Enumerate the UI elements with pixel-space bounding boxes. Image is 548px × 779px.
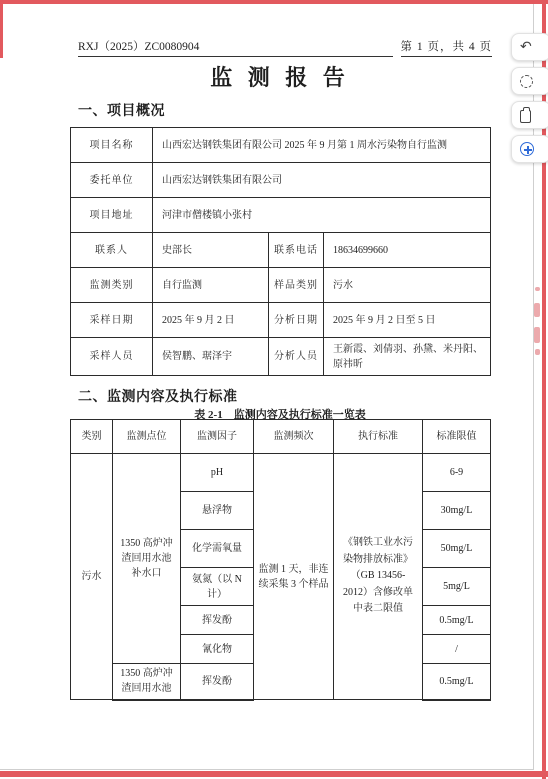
info-label: 联系人 (71, 233, 153, 268)
factor-cell: 氨氮（以 N 计） (181, 568, 254, 606)
info-value: 山西宏达钢铁集团有限公司 (153, 163, 491, 198)
report-title: 监 测 报 告 (70, 61, 490, 92)
table-row: 采样人员 侯智鹏、琚泽宇 分析人员 王新霞、刘倩羽、孙黛、米丹阳、原祎昕 (71, 338, 491, 376)
annotation-mark (535, 287, 540, 291)
limit-cell: 5mg/L (423, 568, 491, 606)
table-row: 委托单位 山西宏达钢铁集团有限公司 (71, 163, 491, 198)
factor-cell: pH (181, 454, 254, 492)
info-value: 2025 年 9 月 2 日至 5 日 (324, 303, 491, 338)
limit-cell: / (423, 635, 491, 664)
table-row: 项目地址 河津市僧楼镇小张村 (71, 198, 491, 233)
limit-cell: 50mg/L (423, 530, 491, 568)
annotation-mark (534, 303, 540, 317)
col-header: 类别 (71, 420, 113, 454)
add-button[interactable] (511, 135, 548, 163)
info-label: 采样人员 (71, 338, 153, 376)
limit-cell: 0.5mg/L (423, 664, 491, 700)
limit-cell: 6-9 (423, 454, 491, 492)
monitoring-standards-table: 类别 监测点位 监测因子 监测频次 执行标准 标准限值 污水 1350 高炉冲渣… (70, 419, 491, 701)
info-value: 河津市僧楼镇小张村 (153, 198, 491, 233)
section-heading-project-overview: 一、项目概况 (78, 100, 165, 120)
dashed-circle-icon (520, 75, 533, 88)
table-row: 污水 1350 高炉冲渣回用水池补水口 pH 监测 1 天，非连续采集 3 个样… (71, 454, 491, 492)
info-label: 项目名称 (71, 128, 153, 163)
copy-button[interactable] (511, 101, 548, 129)
info-value: 2025 年 9 月 2 日 (153, 303, 269, 338)
project-info-table: 项目名称 山西宏达钢铁集团有限公司 2025 年 9 月第 1 周水污染物自行监… (70, 127, 491, 376)
limit-cell: 0.5mg/L (423, 606, 491, 635)
info-label: 项目地址 (71, 198, 153, 233)
capture-frame-bottom (0, 771, 548, 777)
info-value: 山西宏达钢铁集团有限公司 2025 年 9 月第 1 周水污染物自行监测 (153, 128, 491, 163)
standard-cell: 《钢铁工业水污染物排放标准》（GB 13456-2012）含修改单中表二限值 (334, 454, 423, 700)
info-label: 监测类别 (71, 268, 153, 303)
table-row: 采样日期 2025 年 9 月 2 日 分析日期 2025 年 9 月 2 日至… (71, 303, 491, 338)
document-header: RXJ（2025）ZC0080904 第 1 页，共 4 页 (78, 38, 492, 57)
factor-cell: 挥发酚 (181, 606, 254, 635)
category-cell: 污水 (71, 454, 113, 700)
info-label: 委托单位 (71, 163, 153, 198)
monitoring-point-cell: 1350 高炉冲渣回用水池补水口 (113, 454, 181, 664)
annotation-mark (534, 327, 540, 343)
table-row: 联系人 史部长 联系电话 18634699660 (71, 233, 491, 268)
info-label: 样品类别 (269, 268, 324, 303)
capture-frame-left (0, 0, 3, 58)
section-heading-monitoring-content: 二、监测内容及执行标准 (78, 386, 238, 406)
monitoring-point-cell: 1350 高炉冲渣回用水池 (113, 664, 181, 700)
info-value: 自行监测 (153, 268, 269, 303)
info-label: 分析人员 (269, 338, 324, 376)
page-edge (0, 769, 534, 770)
col-header: 监测点位 (113, 420, 181, 454)
info-value: 污水 (324, 268, 491, 303)
info-label: 采样日期 (71, 303, 153, 338)
factor-cell: 挥发酚 (181, 664, 254, 700)
factor-cell: 悬浮物 (181, 492, 254, 530)
info-value: 18634699660 (324, 233, 491, 268)
factor-cell: 化学需氧量 (181, 530, 254, 568)
info-label: 分析日期 (269, 303, 324, 338)
col-header: 执行标准 (334, 420, 423, 454)
page-indicator: 第 1 页，共 4 页 (401, 38, 493, 57)
factor-cell: 氰化物 (181, 635, 254, 664)
undo-button[interactable]: ↶ (511, 33, 548, 61)
info-value: 史部长 (153, 233, 269, 268)
capture-frame-top (0, 0, 548, 4)
refresh-button[interactable] (511, 67, 548, 95)
info-label: 联系电话 (269, 233, 324, 268)
info-value: 侯智鹏、琚泽宇 (153, 338, 269, 376)
annotation-mark (535, 349, 540, 355)
screen: { "accent": { "frame_color": "#e2595e", … (0, 0, 548, 779)
table-row: 监测类别 自行监测 样品类别 污水 (71, 268, 491, 303)
doc-number: RXJ（2025）ZC0080904 (78, 38, 393, 57)
table-header-row: 类别 监测点位 监测因子 监测频次 执行标准 标准限值 (71, 420, 491, 454)
table-row: 项目名称 山西宏达钢铁集团有限公司 2025 年 9 月第 1 周水污染物自行监… (71, 128, 491, 163)
info-value: 王新霞、刘倩羽、孙黛、米丹阳、原祎昕 (324, 338, 491, 376)
frequency-cell: 监测 1 天，非连续采集 3 个样品 (254, 454, 334, 700)
col-header: 监测因子 (181, 420, 254, 454)
undo-arrow-icon: ↶ (520, 40, 532, 54)
col-header: 监测频次 (254, 420, 334, 454)
circled-plus-icon (520, 142, 534, 156)
limit-cell: 30mg/L (423, 492, 491, 530)
clipboard-icon (520, 110, 531, 123)
col-header: 标准限值 (423, 420, 491, 454)
